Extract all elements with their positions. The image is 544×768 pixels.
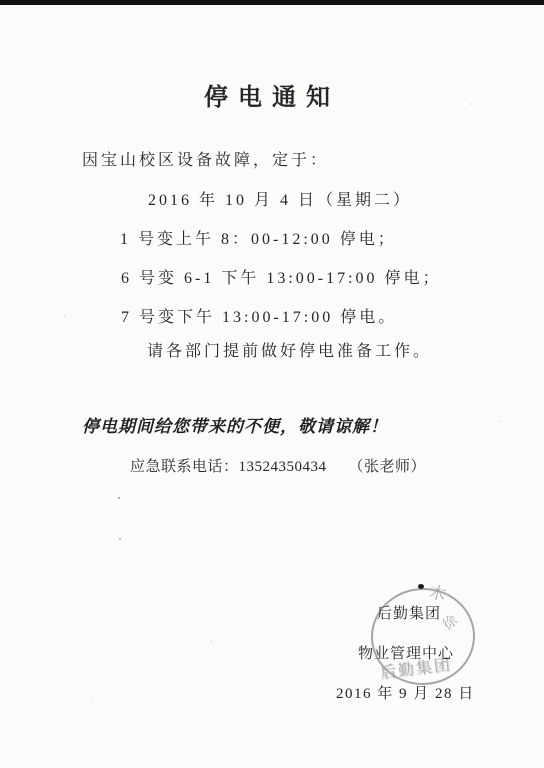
outage-item: 6 号变 6-1 下午 13:00-17:00 停电； xyxy=(121,271,442,287)
apology-line: 停电期间给您带来的不便，敬请谅解！ xyxy=(82,418,388,435)
outage-date-line: 2016 年 10 月 4 日（星期二） xyxy=(148,193,412,209)
notice-title: 停电通知 xyxy=(0,86,544,110)
org-name-line2: 物业管理中心 xyxy=(358,647,454,662)
notice-intro-line: 因宝山校区设备故障，定于： xyxy=(82,153,329,169)
signature-date: 2016 年 9 月 28 日 xyxy=(336,687,475,702)
seal-ink-dot xyxy=(418,584,424,589)
preparation-note-line: 请各部门提前做好停电准备工作。 xyxy=(147,344,432,360)
scan-artifact-top-edge xyxy=(0,0,544,5)
scan-noise-specks xyxy=(0,0,2,2)
contact-phone: 13524350434 xyxy=(239,459,327,475)
scanned-notice-document: 停电通知 因宝山校区设备故障，定于： 2016 年 10 月 4 日（星期二） … xyxy=(0,0,544,768)
outage-item: 1 号变上午 8：00-12:00 停电； xyxy=(120,232,397,248)
contact-label: 应急联系电话： xyxy=(130,459,239,475)
contact-line: 应急联系电话：13524350434（张老师） xyxy=(130,460,426,475)
contact-person: （张老师） xyxy=(349,459,427,475)
outage-item: 7 号变下午 13:00-17:00 停电。 xyxy=(121,310,397,326)
org-name-line1: 后勤集团 xyxy=(377,607,441,622)
